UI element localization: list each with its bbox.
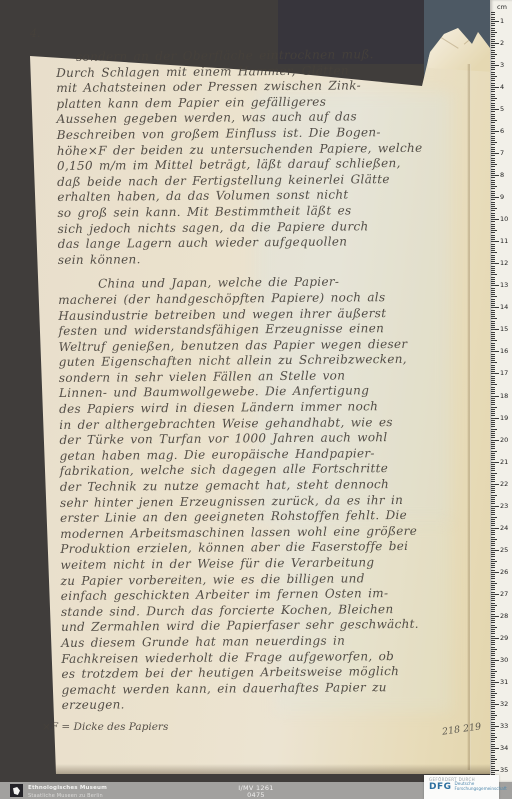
ruler-tick xyxy=(491,197,499,198)
ruler-tick xyxy=(491,651,495,652)
ruler-tick xyxy=(491,470,495,471)
ruler-tick xyxy=(491,420,495,421)
ruler-tick xyxy=(491,277,495,278)
ruler-tick xyxy=(491,336,495,337)
ruler-tick xyxy=(491,153,499,154)
ruler-tick xyxy=(491,545,495,546)
vertical-fold-crease xyxy=(467,64,471,770)
ruler-tick xyxy=(491,466,495,467)
ruler-tick xyxy=(491,719,495,720)
ruler-tick xyxy=(491,413,495,414)
ruler-number: 34 xyxy=(500,744,508,752)
ruler-tick xyxy=(491,65,499,66)
ruler-tick xyxy=(491,629,495,630)
ruler-tick xyxy=(491,96,495,97)
handwriting-line: sich jedoch nichts sagen, da die Papiere… xyxy=(57,218,423,237)
ruler-tick xyxy=(491,662,495,663)
ruler-tick xyxy=(491,748,499,749)
ruler-tick xyxy=(491,640,495,641)
ruler-tick xyxy=(491,457,495,458)
ruler-tick xyxy=(491,473,497,474)
ruler-tick xyxy=(491,193,495,194)
ruler-tick xyxy=(491,633,495,634)
ruler-tick xyxy=(491,755,495,756)
ruler-tick xyxy=(491,272,495,273)
ruler-tick xyxy=(491,589,495,590)
ruler-tick xyxy=(491,684,495,685)
ruler-tick xyxy=(491,78,495,79)
ruler-tick xyxy=(491,715,497,716)
ruler-tick xyxy=(491,730,495,731)
ruler-tick xyxy=(491,323,495,324)
ruler-tick xyxy=(491,658,495,659)
ruler-tick xyxy=(491,561,497,562)
ruler-tick xyxy=(491,136,495,137)
ruler-number: 23 xyxy=(500,502,508,510)
ruler-tick xyxy=(491,581,495,582)
ruler-tick xyxy=(491,713,495,714)
ruler-tick xyxy=(491,744,495,745)
ruler-tick xyxy=(491,380,495,381)
ruler-tick xyxy=(491,103,495,104)
ruler-tick xyxy=(491,188,495,189)
ruler-tick xyxy=(491,666,495,667)
ruler-tick xyxy=(491,644,495,645)
ruler-tick xyxy=(491,171,495,172)
ruler-tick xyxy=(491,259,495,260)
ruler-tick xyxy=(491,446,495,447)
ruler-tick xyxy=(491,72,495,73)
ruler-tick xyxy=(491,501,495,502)
ruler-tick xyxy=(491,488,495,489)
ruler-number: 18 xyxy=(500,392,508,400)
ruler-tick xyxy=(491,175,499,176)
ruler-tick xyxy=(491,594,499,595)
ruler-tick xyxy=(491,349,495,350)
ruler-tick xyxy=(491,354,495,355)
ruler-tick xyxy=(491,166,495,167)
ruler-tick xyxy=(491,490,495,491)
ruler-tick xyxy=(491,680,495,681)
ruler-tick xyxy=(491,296,497,297)
paragraph-1: sondern an der Oberfläche eintrocknen mu… xyxy=(56,47,423,268)
ruler-tick xyxy=(491,728,495,729)
ruler-tick xyxy=(491,554,495,555)
dfg-org-name: Deutsche Forschungsgemeinschaft xyxy=(455,782,507,792)
ruler-tick xyxy=(491,61,495,62)
ruler-tick xyxy=(491,294,495,295)
ruler-tick xyxy=(491,444,495,445)
ruler-tick xyxy=(491,268,495,269)
ruler-tick xyxy=(491,512,495,513)
ruler-tick xyxy=(491,180,495,181)
ruler-tick xyxy=(491,32,497,33)
ruler-tick xyxy=(491,741,495,742)
ruler-tick xyxy=(491,369,495,370)
ruler-tick xyxy=(491,129,495,130)
ruler-tick xyxy=(491,702,495,703)
ruler-tick xyxy=(491,307,499,308)
ruler-number: 22 xyxy=(500,480,508,488)
ruler-tick xyxy=(491,58,495,59)
ruler-tick xyxy=(491,182,495,183)
ruler-tick xyxy=(491,627,497,628)
ruler-tick xyxy=(491,717,495,718)
ruler-tick xyxy=(491,433,495,434)
ruler-tick xyxy=(491,603,495,604)
ruler-number: 5 xyxy=(500,105,504,113)
ruler-number: 21 xyxy=(500,458,508,466)
ruler-number: 30 xyxy=(500,656,508,664)
ruler-tick xyxy=(491,162,495,163)
ruler-tick xyxy=(491,437,495,438)
ruler-tick xyxy=(491,642,495,643)
ruler-tick xyxy=(491,91,495,92)
ruler-tick xyxy=(491,726,499,727)
ruler-tick xyxy=(491,521,495,522)
ruler-tick xyxy=(491,442,495,443)
ruler-tick xyxy=(491,292,495,293)
scan-viewport: 4. sondern an der Oberfläche eintrocknen… xyxy=(0,0,512,799)
ruler-number: 33 xyxy=(500,722,508,730)
handwriting-line: sein können. xyxy=(58,250,424,269)
ruler-tick xyxy=(491,429,497,430)
ruler-number: 7 xyxy=(500,149,504,157)
ruler-tick xyxy=(491,371,495,372)
ruler-number: 8 xyxy=(500,171,504,179)
ruler-tick xyxy=(491,418,499,419)
ruler-tick xyxy=(491,737,497,738)
ruler-tick xyxy=(491,345,495,346)
ruler-tick xyxy=(491,144,495,145)
ruler-number: 4 xyxy=(500,83,504,91)
ruler-tick xyxy=(491,290,495,291)
ruler-tick xyxy=(491,140,495,141)
dfg-funding-panel: GEFÖRDERT DURCH DFG Deutsche Forschungsg… xyxy=(424,775,499,799)
ruler-number: 24 xyxy=(500,524,508,532)
ruler-tick xyxy=(491,12,495,13)
ruler-tick xyxy=(491,76,497,77)
ruler-tick xyxy=(491,548,495,549)
ruler-tick xyxy=(491,631,495,632)
ruler-tick xyxy=(491,83,495,84)
dfg-logo: DFG xyxy=(429,782,452,792)
ruler-tick xyxy=(491,114,495,115)
ruler-tick xyxy=(491,263,499,264)
ruler-tick xyxy=(491,539,497,540)
ruler-number: 20 xyxy=(500,436,508,444)
ruler-number: 19 xyxy=(500,414,508,422)
ruler-tick xyxy=(491,759,497,760)
ruler-tick xyxy=(491,63,495,64)
ruler-tick xyxy=(491,424,495,425)
ruler-tick xyxy=(491,708,495,709)
ruler-tick xyxy=(491,56,495,57)
ruler-tick xyxy=(491,653,495,654)
ruler-tick xyxy=(491,693,497,694)
ruler-tick xyxy=(491,407,497,408)
ruler-tick xyxy=(491,248,495,249)
ruler-tick xyxy=(491,283,495,284)
ruler-tick xyxy=(491,587,495,588)
ruler-tick xyxy=(491,677,495,678)
ruler-tick xyxy=(491,356,495,357)
ruler-tick xyxy=(491,583,497,584)
ruler-tick xyxy=(491,314,495,315)
ruler-tick xyxy=(491,224,495,225)
ruler-tick xyxy=(491,89,495,90)
ruler-tick xyxy=(491,301,495,302)
ruler-tick xyxy=(491,746,495,747)
ruler-tick xyxy=(491,155,495,156)
ruler-tick xyxy=(491,39,495,40)
ruler-tick xyxy=(491,52,495,53)
ruler-tick xyxy=(491,389,495,390)
ruler-tick xyxy=(491,761,495,762)
ruler-number: 28 xyxy=(500,612,508,620)
ruler-tick xyxy=(491,230,497,231)
ruler-tick xyxy=(491,36,495,37)
ruler-tick xyxy=(491,255,495,256)
ruler-tick xyxy=(491,237,495,238)
ruler-tick xyxy=(491,415,495,416)
ruler-tick xyxy=(491,334,495,335)
ruler-tick xyxy=(491,184,495,185)
ruler-tick xyxy=(491,387,495,388)
handwritten-text: sondern an der Oberfläche eintrocknen mu… xyxy=(56,47,427,714)
ruler-tick xyxy=(491,299,495,300)
ruler-tick xyxy=(491,338,495,339)
ruler-tick xyxy=(491,310,495,311)
ruler-tick xyxy=(491,177,495,178)
ruler-tick xyxy=(491,638,499,639)
ruler-number: 10 xyxy=(500,215,508,223)
ruler-tick xyxy=(491,69,495,70)
ruler-tick xyxy=(491,199,495,200)
ruler-tick xyxy=(491,321,495,322)
ruler-tick xyxy=(491,700,495,701)
ruler-tick xyxy=(491,550,499,551)
ruler-tick xyxy=(491,398,495,399)
ruler-tick xyxy=(491,396,499,397)
ruler-tick xyxy=(491,660,499,661)
ruler-number: 14 xyxy=(500,303,508,311)
ruler-tick xyxy=(491,636,495,637)
ruler-tick xyxy=(491,770,499,771)
ruler-tick xyxy=(491,772,495,773)
ruler-tick xyxy=(491,382,495,383)
ruler-tick xyxy=(491,30,495,31)
handwriting-line: sondern an der Oberfläche eintrocknen mu… xyxy=(56,47,422,66)
ruler-tick xyxy=(491,217,495,218)
ruler-tick xyxy=(491,303,495,304)
ruler-tick xyxy=(491,360,495,361)
ruler-tick xyxy=(491,47,495,48)
ruler-tick xyxy=(491,131,499,132)
ruler-tick xyxy=(491,378,495,379)
ruler-tick xyxy=(491,567,495,568)
ruler-number: 27 xyxy=(500,590,508,598)
ruler-tick xyxy=(491,757,495,758)
ruler: cm 1234567891011121314151617181920212223… xyxy=(490,0,512,782)
ruler-tick xyxy=(491,605,497,606)
ruler-number: 1 xyxy=(500,17,504,25)
ruler-tick xyxy=(491,477,495,478)
ruler-tick xyxy=(491,151,495,152)
ruler-tick xyxy=(491,288,495,289)
ruler-tick xyxy=(491,440,499,441)
ruler-tick xyxy=(491,697,495,698)
ruler-tick xyxy=(491,19,495,20)
ruler-tick xyxy=(491,270,495,271)
ruler-tick xyxy=(491,497,495,498)
ruler-tick xyxy=(491,689,495,690)
ruler-tick xyxy=(491,221,495,222)
ruler-tick xyxy=(491,514,495,515)
ruler-tick xyxy=(491,351,499,352)
ruler-tick xyxy=(491,367,495,368)
ruler-tick xyxy=(491,647,495,648)
ruler-number: 35 xyxy=(500,766,508,774)
ruler-tick xyxy=(491,402,495,403)
ruler-tick xyxy=(491,261,495,262)
ruler-tick xyxy=(491,25,495,26)
ruler-tick xyxy=(491,706,495,707)
ruler-tick xyxy=(491,711,495,712)
ruler-tick xyxy=(491,607,495,608)
ruler-tick xyxy=(491,120,497,121)
ruler-tick xyxy=(491,118,495,119)
ruler-tick xyxy=(491,384,497,385)
ruler-tick xyxy=(491,327,495,328)
ruler-tick xyxy=(491,570,495,571)
ruler-tick xyxy=(491,565,495,566)
ruler-tick xyxy=(491,404,495,405)
ruler-tick xyxy=(491,318,497,319)
ruler-tick xyxy=(491,763,495,764)
ruler-tick xyxy=(491,213,495,214)
ruler-tick xyxy=(491,202,495,203)
ruler-tick xyxy=(491,45,495,46)
ruler-tick xyxy=(491,111,495,112)
ruler-tick xyxy=(491,669,495,670)
ruler-tick xyxy=(491,695,495,696)
ruler-tick xyxy=(491,138,495,139)
ruler-tick xyxy=(491,655,495,656)
ruler-tick xyxy=(491,486,495,487)
ruler-number: 12 xyxy=(500,259,508,267)
ruler-tick xyxy=(491,750,495,751)
ruler-tick xyxy=(491,208,497,209)
ruler-tick xyxy=(491,724,495,725)
ruler-tick xyxy=(491,373,499,374)
ruler-number: 16 xyxy=(500,347,508,355)
footer-bar: Ethnologisches Museum Staatliche Museen … xyxy=(0,782,512,799)
ruler-tick xyxy=(491,739,495,740)
ruler-tick xyxy=(491,164,497,165)
ruler-tick xyxy=(491,481,495,482)
ruler-tick xyxy=(491,576,495,577)
ruler-tick xyxy=(491,459,495,460)
ruler-tick xyxy=(491,274,497,275)
ruler-tick xyxy=(491,611,495,612)
ruler-tick xyxy=(491,671,497,672)
ruler-tick xyxy=(491,523,495,524)
handwriting-line: und Zermahlen wird die Papierfaser sehr … xyxy=(61,617,427,636)
ruler-tick xyxy=(491,766,495,767)
ruler-tick xyxy=(491,195,495,196)
ruler-tick xyxy=(491,733,495,734)
ruler-tick xyxy=(491,559,495,560)
ruler-tick xyxy=(491,365,495,366)
ruler-tick xyxy=(491,149,495,150)
ruler-tick xyxy=(491,109,499,110)
ruler-tick xyxy=(491,87,499,88)
ruler-number: 15 xyxy=(500,325,508,333)
handwriting-line: erzeugen. xyxy=(62,695,428,714)
ruler-tick xyxy=(491,316,495,317)
ruler-tick xyxy=(491,422,495,423)
ruler-tick xyxy=(491,105,495,106)
ruler-tick xyxy=(491,204,495,205)
ruler-tick xyxy=(491,279,495,280)
ruler-number: 31 xyxy=(500,678,508,686)
handwriting-line: guten Eigenschaften nicht allein zu Schr… xyxy=(59,352,425,371)
paragraph-2: China und Japan, welche die Papier-mache… xyxy=(58,274,427,714)
ruler-tick xyxy=(491,125,495,126)
ruler-tick xyxy=(491,100,495,101)
handwriting-line: weitem nicht in der Weise für die Verarb… xyxy=(60,555,426,574)
ruler-tick xyxy=(491,484,499,485)
ruler-tick xyxy=(491,266,495,267)
ruler-tick xyxy=(491,41,495,42)
ruler-tick xyxy=(491,98,497,99)
ruler-tick xyxy=(491,598,495,599)
ruler-tick xyxy=(491,455,495,456)
ruler-tick xyxy=(491,246,495,247)
ruler-tick xyxy=(491,537,495,538)
ruler-tick xyxy=(491,393,495,394)
ruler-tick xyxy=(491,556,495,557)
ruler-tick xyxy=(491,347,495,348)
ruler-tick xyxy=(491,252,497,253)
ruler-tick xyxy=(491,219,499,220)
ruler-tick xyxy=(491,431,495,432)
ruler-tick xyxy=(491,122,495,123)
ruler-number: 9 xyxy=(500,193,504,201)
ruler-tick xyxy=(491,250,495,251)
ruler-tick xyxy=(491,281,495,282)
ruler-tick xyxy=(491,614,495,615)
ruler-tick xyxy=(491,285,499,286)
ruler-tick xyxy=(491,506,499,507)
ruler-tick xyxy=(491,23,495,24)
ruler-tick xyxy=(491,475,495,476)
ruler-tick xyxy=(491,609,495,610)
ruler-tick xyxy=(491,532,495,533)
ruler-tick xyxy=(491,43,499,44)
ruler-tick xyxy=(491,528,499,529)
ruler-number: 29 xyxy=(500,634,508,642)
ruler-tick xyxy=(491,376,495,377)
ruler-tick xyxy=(491,572,499,573)
ruler-tick xyxy=(491,592,495,593)
ruler-tick xyxy=(491,411,495,412)
ruler-tick xyxy=(491,173,495,174)
ruler-tick xyxy=(491,492,495,493)
ruler-tick xyxy=(491,232,495,233)
ruler-tick xyxy=(491,50,495,51)
